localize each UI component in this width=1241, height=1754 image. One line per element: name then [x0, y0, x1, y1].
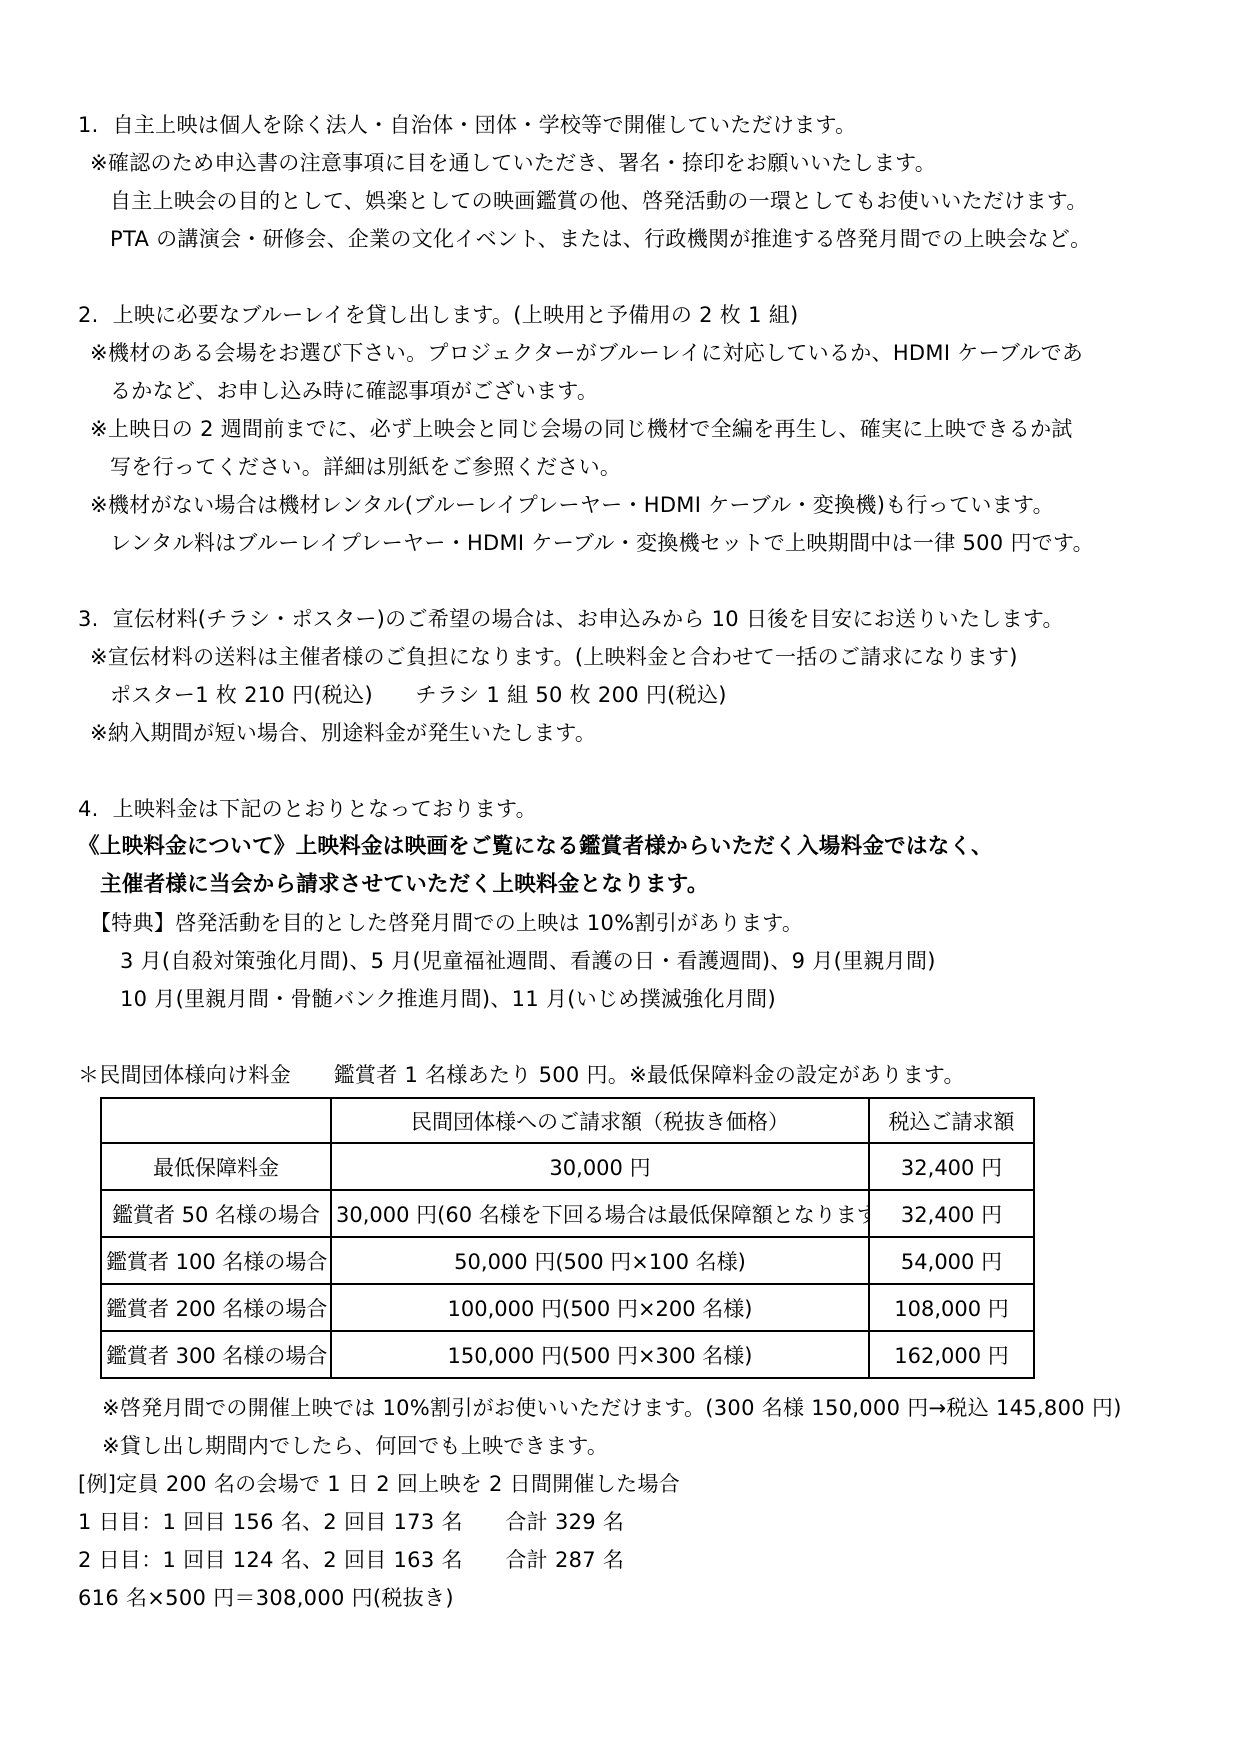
- document-content: 1. 自主上映は個人を除く法人・自治体・団体・学校等で開催していただけます。※確…: [0, 0, 1241, 1754]
- text-line: 2 日目：1 回目 124 名、2 回目 163 名 合計 287 名: [78, 1541, 1205, 1579]
- fee-notice-line-1: 《上映料金について》上映料金は映画をご覧になる鑑賞者様からいただく入場料金ではな…: [78, 828, 1205, 866]
- table-row: 鑑賞者 300 名様の場合150,000 円(500 円×300 名様)162,…: [101, 1331, 1034, 1378]
- table-row: 鑑賞者 100 名様の場合50,000 円(500 円×100 名様)54,00…: [101, 1237, 1034, 1284]
- text-line: るかなど、お申し込み時に確認事項がございます。: [78, 372, 1205, 410]
- table-cell: 108,000 円: [869, 1284, 1034, 1331]
- table-cell: 最低保障料金: [101, 1143, 331, 1190]
- column-header: 民間団体様へのご請求額（税抜き価格）: [331, 1098, 869, 1143]
- table-cell: 54,000 円: [869, 1237, 1034, 1284]
- table-cell: 鑑賞者 300 名様の場合: [101, 1331, 331, 1378]
- table-cell: 150,000 円(500 円×300 名様): [331, 1331, 869, 1378]
- text-line: ※上映日の 2 週間前までに、必ず上映会と同じ会場の同じ機材で全編を再生し、確実…: [78, 410, 1205, 448]
- text-line: レンタル料はブルーレイプレーヤー・HDMI ケーブル・変換機セットで上映期間中は…: [78, 524, 1205, 562]
- column-header: 税込ご請求額: [869, 1098, 1034, 1143]
- text-line: 写を行ってください。詳細は別紙をご参照ください。: [78, 448, 1205, 486]
- section-2-heading: 2. 上映に必要なブルーレイを貸し出します。(上映用と予備用の 2 枚 1 組): [78, 296, 1205, 334]
- benefit-line: 【特典】啓発活動を目的とした啓発月間での上映は 10%割引があります。: [78, 904, 1205, 942]
- table-cell: 30,000 円(60 名様を下回る場合は最低保障額となります): [331, 1190, 869, 1237]
- text-line: ※貸し出し期間内でしたら、何回でも上映できます。: [78, 1427, 1205, 1465]
- table-cell: 鑑賞者 100 名様の場合: [101, 1237, 331, 1284]
- section-4-heading: 4. 上映料金は下記のとおりとなっております。: [78, 790, 1205, 828]
- section-1-heading: 1. 自主上映は個人を除く法人・自治体・団体・学校等で開催していただけます。: [78, 106, 1205, 144]
- table-cell: 162,000 円: [869, 1331, 1034, 1378]
- column-header: [101, 1098, 331, 1143]
- table-cell: 32,400 円: [869, 1143, 1034, 1190]
- text-line: PTA の講演会・研修会、企業の文化イベント、または、行政機関が推進する啓発月間…: [78, 220, 1205, 258]
- text-line: ※宣伝材料の送料は主催者様のご負担になります。(上映料金と合わせて一括のご請求に…: [78, 638, 1205, 676]
- table-cell: 100,000 円(500 円×200 名様): [331, 1284, 869, 1331]
- text-line: ※啓発月間での開催上映では 10%割引がお使いいただけます。(300 名様 15…: [78, 1389, 1205, 1427]
- text-line: ※機材がない場合は機材レンタル(ブルーレイプレーヤー・HDMI ケーブル・変換機…: [78, 486, 1205, 524]
- table-row: 最低保障料金30,000 円32,400 円: [101, 1143, 1034, 1190]
- document-page: { "page": { "background": "#ffffff", "te…: [0, 0, 1241, 1754]
- fee-notice-line-2: 主催者様に当会から請求させていただく上映料金となります。: [78, 866, 1205, 904]
- text-line: 3 月(自殺対策強化月間)、5 月(児童福祉週間、看護の日・看護週間)、9 月(…: [78, 942, 1205, 980]
- table-row: 鑑賞者 50 名様の場合30,000 円(60 名様を下回る場合は最低保障額とな…: [101, 1190, 1034, 1237]
- table-cell: 鑑賞者 50 名様の場合: [101, 1190, 331, 1237]
- example-heading: [例]定員 200 名の会場で 1 日 2 回上映を 2 日間開催した場合: [78, 1465, 1205, 1503]
- text-line: 自主上映会の目的として、娯楽としての映画鑑賞の他、啓発活動の一環としてもお使いい…: [78, 182, 1205, 220]
- text-line: 1 日目：1 回目 156 名、2 回目 173 名 合計 329 名: [78, 1503, 1205, 1541]
- text-line: ※納入期間が短い場合、別途料金が発生いたします。: [78, 714, 1205, 752]
- example-total: 616 名×500 円＝308,000 円(税抜き): [78, 1579, 1205, 1617]
- table-row: 鑑賞者 200 名様の場合100,000 円(500 円×200 名様)108,…: [101, 1284, 1034, 1331]
- pricing-table: 民間団体様へのご請求額（税抜き価格）税込ご請求額最低保障料金30,000 円32…: [100, 1097, 1035, 1379]
- table-cell: 50,000 円(500 円×100 名様): [331, 1237, 869, 1284]
- table-cell: 30,000 円: [331, 1143, 869, 1190]
- pricing-table-caption: ＊民間団体様向け料金 鑑賞者 1 名様あたり 500 円。※最低保障料金の設定が…: [78, 1056, 1205, 1094]
- text-line: 10 月(里親月間・骨髄バンク推進月間)、11 月(いじめ撲滅強化月間): [78, 980, 1205, 1018]
- text-line: ※機材のある会場をお選び下さい。プロジェクターがブルーレイに対応しているか、HD…: [78, 334, 1205, 372]
- section-3-heading: 3. 宣伝材料(チラシ・ポスター)のご希望の場合は、お申込みから 10 日後を目…: [78, 600, 1205, 638]
- text-line: ポスター1 枚 210 円(税込) チラシ 1 組 50 枚 200 円(税込): [78, 676, 1205, 714]
- table-cell: 32,400 円: [869, 1190, 1034, 1237]
- table-header-row: 民間団体様へのご請求額（税抜き価格）税込ご請求額: [101, 1098, 1034, 1143]
- table-cell: 鑑賞者 200 名様の場合: [101, 1284, 331, 1331]
- text-line: ※確認のため申込書の注意事項に目を通していただき、署名・捺印をお願いいたします。: [78, 144, 1205, 182]
